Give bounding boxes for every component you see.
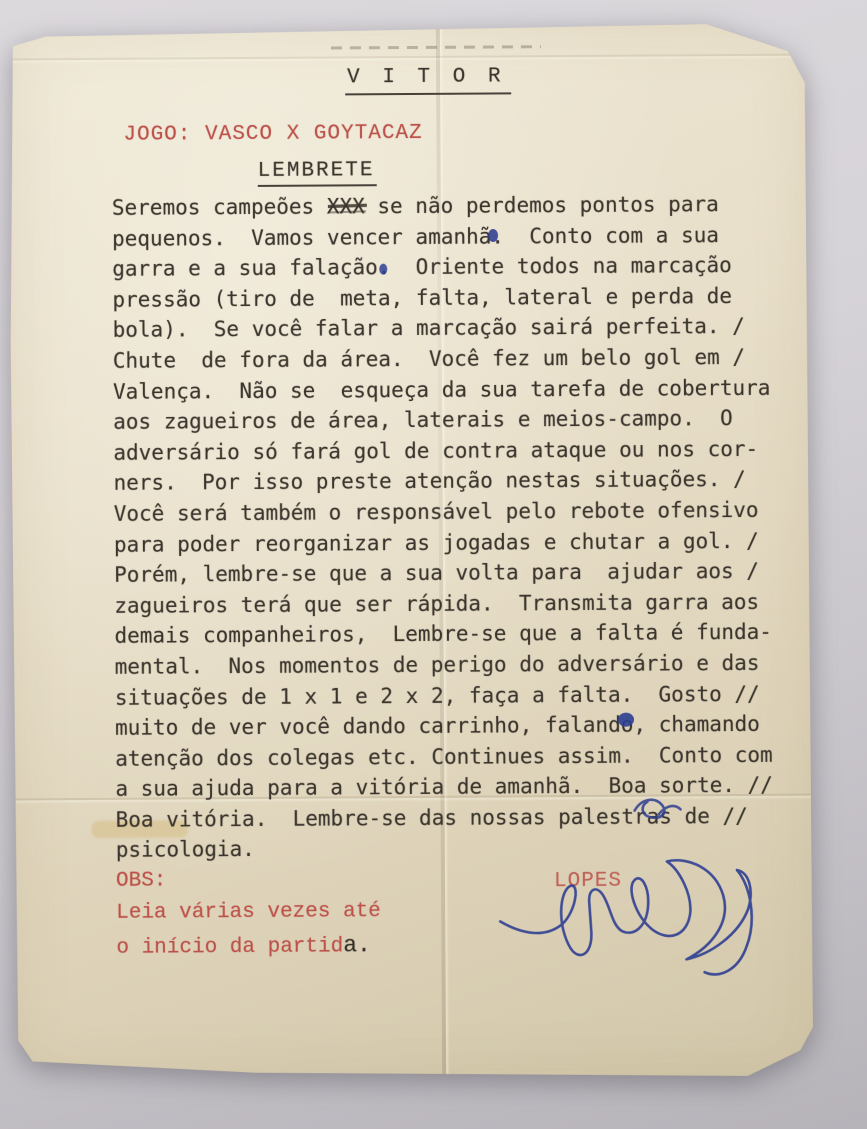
- handwritten-signature: [500, 860, 752, 976]
- obs-instruction-line2: o início da partida.: [116, 932, 371, 960]
- obs-label: OBS:: [116, 870, 167, 893]
- letter-title: V I T O R: [345, 65, 512, 95]
- signer-name: LOPES: [554, 870, 622, 893]
- letter-body: Seremos campeões XXX se não perdemos pon…: [112, 189, 774, 866]
- letter-paper: V I T O R JOGO: VASCO X GOYTACAZ LEMBRET…: [9, 24, 813, 1081]
- reminder-heading: LEMBRETE: [258, 159, 377, 187]
- obs-line2-red-part: o início da partid: [116, 935, 343, 959]
- obs-line2-black-part: a.: [343, 932, 371, 958]
- photo-of-letter: V I T O R JOGO: VASCO X GOYTACAZ LEMBRET…: [0, 0, 867, 1129]
- match-line: JOGO: VASCO X GOYTACAZ: [123, 122, 422, 147]
- typed-dashes-showthrough: [331, 45, 541, 49]
- paper-wrapper: V I T O R JOGO: VASCO X GOYTACAZ LEMBRET…: [9, 24, 813, 1081]
- fold-crease-top: [9, 54, 807, 61]
- obs-instruction-line1: Leia várias vezes até: [116, 900, 381, 925]
